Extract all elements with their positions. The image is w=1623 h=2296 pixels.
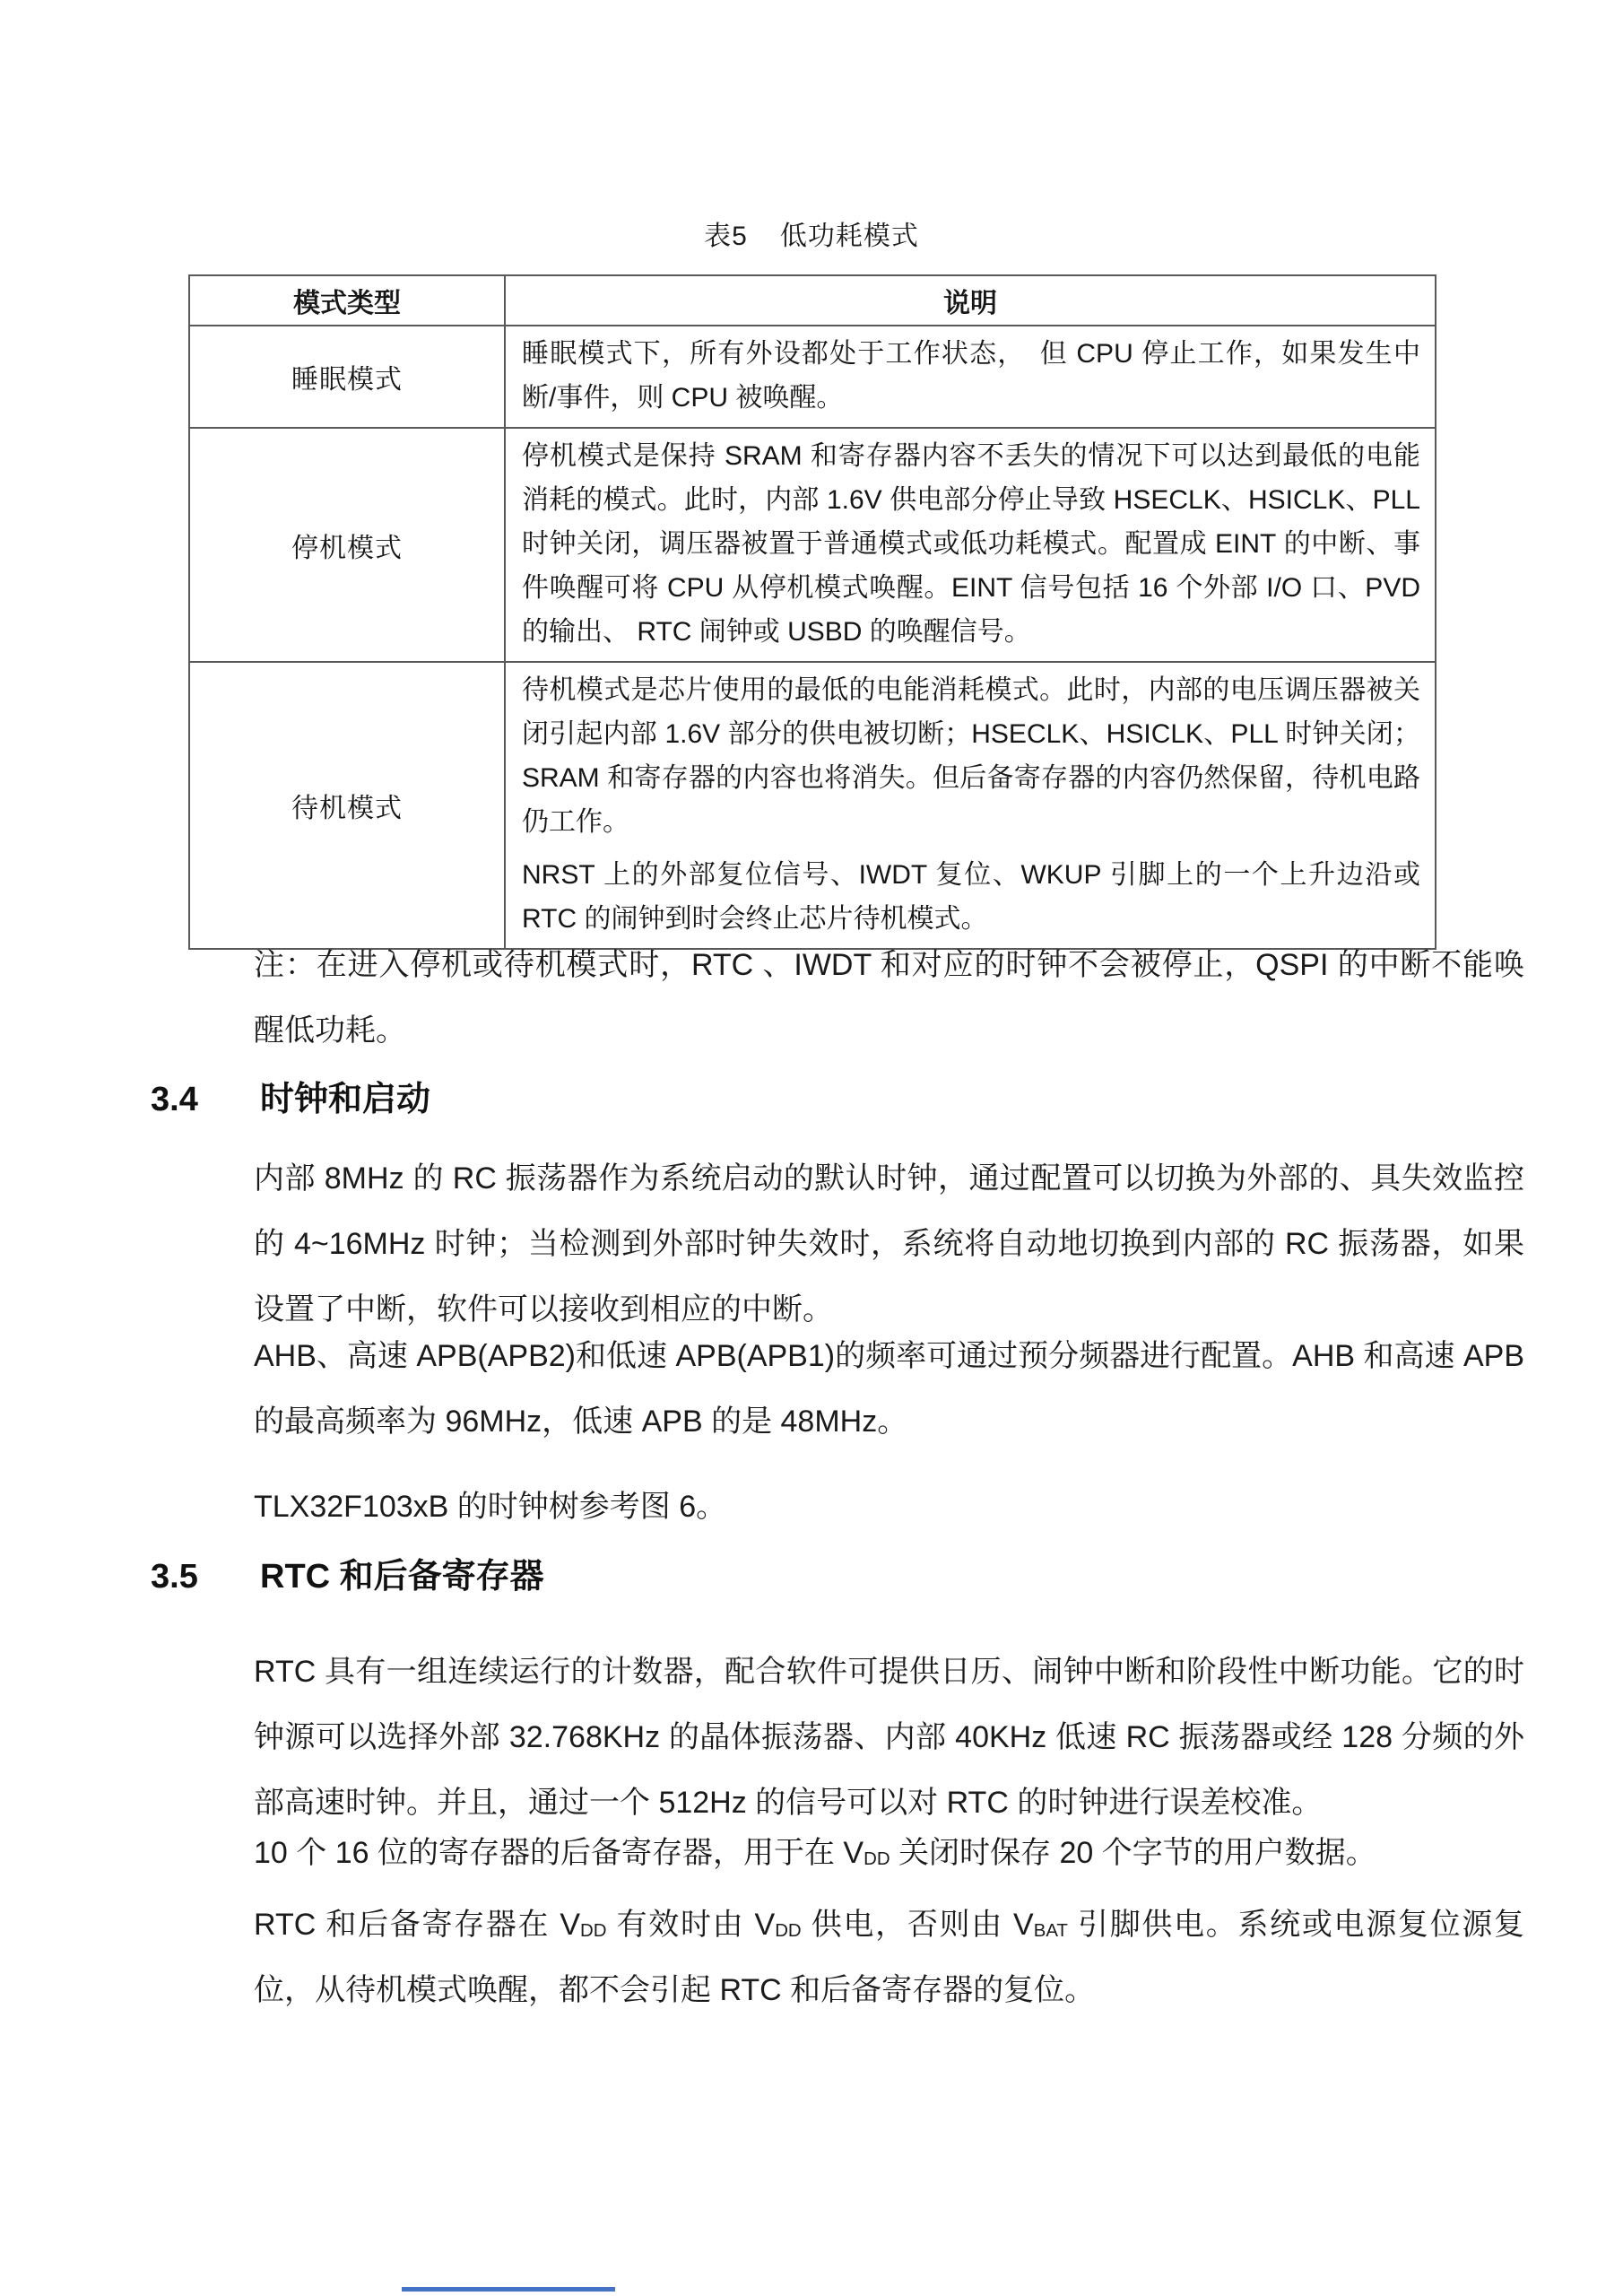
table-caption: 表5低功耗模式 <box>188 213 1435 253</box>
column-header-mode-type: 模式类型 <box>189 275 505 326</box>
table-row-standby-mode: 待机模式 待机模式是芯片使用的最低的电能消耗模式。此时，内部的电压调压器被关闭引… <box>189 662 1436 949</box>
mode-description-paragraph: NRST 上的外部复位信号、IWDT 复位、WKUP 引脚上的一个上升边沿或 R… <box>522 853 1420 941</box>
mode-description-cell: 睡眠模式下，所有外设都处于工作状态， 但 CPU 停止工作，如果发生中断/事件，… <box>505 326 1436 428</box>
table-caption-title: 低功耗模式 <box>780 222 919 251</box>
mode-name-cell: 停机模式 <box>189 428 505 662</box>
paragraph-clock-startup-2: AHB、高速 APB(APB2)和低速 APB(APB1)的频率可通过预分频器进… <box>254 1324 1524 1455</box>
section-title: 时钟和启动 <box>260 1071 430 1120</box>
footer-rule <box>402 2287 615 2292</box>
section-number: 3.4 <box>151 1081 260 1119</box>
mode-name-cell: 待机模式 <box>189 662 505 949</box>
mode-description-cell: 待机模式是芯片使用的最低的电能消耗模式。此时，内部的电压调压器被关闭引起内部 1… <box>505 662 1436 949</box>
table-row-sleep-mode: 睡眠模式 睡眠模式下，所有外设都处于工作状态， 但 CPU 停止工作，如果发生中… <box>189 326 1436 428</box>
text-segment: 10 个 16 位的寄存器的后备寄存器，用于在 V <box>254 1836 864 1870</box>
section-heading-3-5: 3.5 RTC 和后备寄存器 <box>151 1548 544 1597</box>
table-row-stop-mode: 停机模式 停机模式是保持 SRAM 和寄存器内容不丢失的情况下可以达到最低的电能… <box>189 428 1436 662</box>
mode-name-cell: 睡眠模式 <box>189 326 505 428</box>
mode-description-paragraph: 停机模式是保持 SRAM 和寄存器内容不丢失的情况下可以达到最低的电能消耗的模式… <box>522 434 1420 654</box>
vdd-subscript: DD <box>864 1849 890 1869</box>
vdd-subscript: DD <box>580 1921 606 1941</box>
text-segment: RTC 和后备寄存器在 V <box>254 1908 580 1942</box>
mode-description-paragraph: 待机模式是芯片使用的最低的电能消耗模式。此时，内部的电压调压器被关闭引起内部 1… <box>522 668 1420 844</box>
table-caption-label: 表5 <box>704 222 748 251</box>
text-segment: 有效时由 V <box>606 1908 775 1942</box>
table-note: 注：在进入停机或待机模式时，RTC 、IWDT 和对应的时钟不会被停止，QSPI… <box>254 933 1524 1064</box>
table-header-row: 模式类型 说明 <box>189 275 1436 326</box>
vdd-subscript: DD <box>775 1921 801 1941</box>
text-segment: 供电，否则由 V <box>802 1908 1034 1942</box>
vbat-subscript: BAT <box>1034 1921 1068 1941</box>
section-heading-3-4: 3.4 时钟和启动 <box>151 1071 430 1120</box>
document-page: 表5低功耗模式 模式类型 说明 睡眠模式 睡眠模式下，所有外设都处于工作状态， … <box>0 0 1623 2296</box>
column-header-description: 说明 <box>505 275 1436 326</box>
paragraph-clock-startup-3: TLX32F103xB 的时钟树参考图 6。 <box>254 1474 1524 1540</box>
low-power-modes-table: 模式类型 说明 睡眠模式 睡眠模式下，所有外设都处于工作状态， 但 CPU 停止… <box>188 274 1436 950</box>
paragraph-rtc-backup-2: 10 个 16 位的寄存器的后备寄存器，用于在 VDD 关闭时保存 20 个字节… <box>254 1821 1524 1886</box>
paragraph-rtc-backup-3: RTC 和后备寄存器在 VDD 有效时由 VDD 供电，否则由 VBAT 引脚供… <box>254 1892 1524 2023</box>
section-title: RTC 和后备寄存器 <box>260 1548 544 1597</box>
paragraph-clock-startup-1: 内部 8MHz 的 RC 振荡器作为系统启动的默认时钟，通过配置可以切换为外部的… <box>254 1146 1524 1343</box>
mode-description-cell: 停机模式是保持 SRAM 和寄存器内容不丢失的情况下可以达到最低的电能消耗的模式… <box>505 428 1436 662</box>
section-number: 3.5 <box>151 1558 260 1596</box>
mode-description-paragraph: 睡眠模式下，所有外设都处于工作状态， 但 CPU 停止工作，如果发生中断/事件，… <box>522 332 1420 420</box>
text-segment: 关闭时保存 20 个字节的用户数据。 <box>890 1836 1376 1870</box>
paragraph-rtc-backup-1: RTC 具有一组连续运行的计数器，配合软件可提供日历、闹钟中断和阶段性中断功能。… <box>254 1639 1524 1836</box>
